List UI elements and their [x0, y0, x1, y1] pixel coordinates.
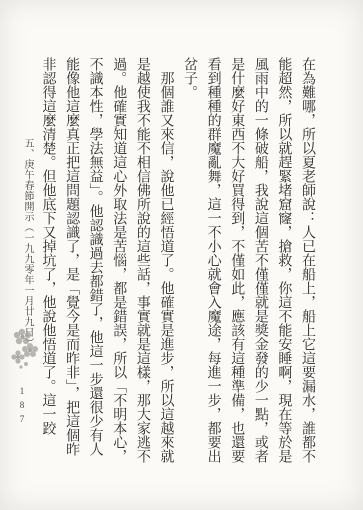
- book-page: 在為難哪，所以夏老師說：人已在船上，船上它這要漏水，誰都不能超然，所以就趕緊堵窟…: [0, 0, 363, 510]
- page-number: 187: [17, 386, 27, 428]
- paragraph-1: 在為難哪，所以夏老師說：人已在船上，船上它這要漏水，誰都不能超然，所以就趕緊堵窟…: [177, 57, 319, 463]
- margin-note: 五、庚午春節開示（一九九零年一月廿九日）: [20, 138, 34, 353]
- body-text: 在為難哪，所以夏老師說：人已在船上，船上它這要漏水，誰都不能超然，所以就趕緊堵窟…: [35, 57, 319, 463]
- paragraph-2: 那個誰又來信，說他已經悟道了。他確實是進步，所以這越來就是越使我不能不相信佛所說…: [36, 57, 178, 463]
- plum-blossom-stamp-icon: [8, 326, 42, 374]
